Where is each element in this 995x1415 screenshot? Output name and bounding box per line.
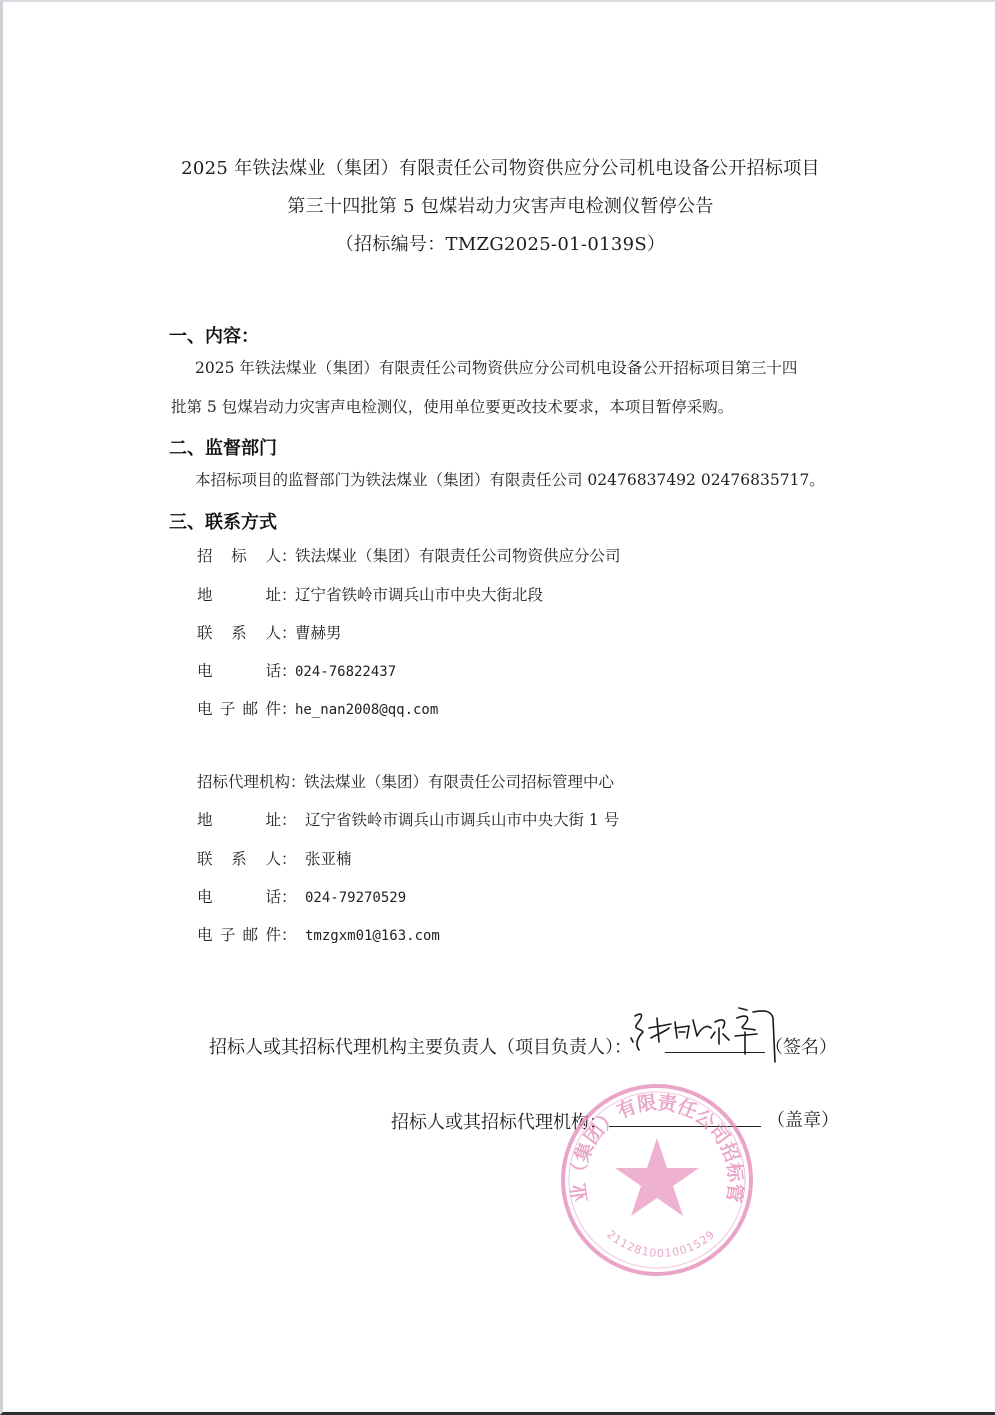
contact-label: 地 址 bbox=[197, 583, 281, 605]
colon: ： bbox=[281, 583, 295, 605]
content-paragraph-line-1: 2025 年铁法煤业（集团）有限责任公司物资供应分公司机电设备公开招标项目第三十… bbox=[195, 356, 797, 378]
agency-email: tmzgxm01@163.com bbox=[305, 928, 440, 944]
colon: ： bbox=[281, 621, 295, 643]
colon: ： bbox=[290, 770, 304, 792]
agency-address: 辽宁省铁岭市调兵山市调兵山市中央大街 1 号 bbox=[305, 808, 619, 830]
tenderer-address: 辽宁省铁岭市调兵山市中央大街北段 bbox=[295, 583, 543, 605]
svg-text:211281001001529: 211281001001529 bbox=[604, 1228, 717, 1260]
tender-number: （招标编号：TMZG2025-01-0139S） bbox=[3, 230, 995, 256]
section-heading-content: 一、内容： bbox=[169, 322, 259, 348]
colon: ： bbox=[281, 923, 305, 945]
agency-phone-row: 电 话：024-79270529 bbox=[197, 885, 406, 907]
contact-label: 地 址 bbox=[197, 808, 281, 830]
contact-label: 电子邮件 bbox=[197, 923, 281, 945]
agency-contact-person: 张亚楠 bbox=[305, 847, 352, 869]
contact-label: 联 系 人 bbox=[197, 621, 281, 643]
agency-email-row: 电子邮件：tmzgxm01@163.com bbox=[197, 923, 440, 945]
colon: ： bbox=[281, 808, 305, 830]
tenderer-row: 招 标 人：铁法煤业（集团）有限责任公司物资供应分公司 bbox=[197, 544, 621, 566]
official-seal-icon: 铁法煤业（集团）有限责任公司招标管理中心 211281001001529 bbox=[559, 1082, 755, 1278]
tenderer-contact-person-row: 联 系 人：曹赫男 bbox=[197, 621, 342, 643]
tenderer-contact-person: 曹赫男 bbox=[295, 621, 342, 643]
tenderer-name: 铁法煤业（集团）有限责任公司物资供应分公司 bbox=[295, 544, 621, 566]
contact-label: 电 话 bbox=[197, 885, 281, 907]
title-line-1: 2025 年铁法煤业（集团）有限责任公司物资供应分公司机电设备公开招标项目 bbox=[3, 154, 995, 180]
colon: ： bbox=[281, 544, 295, 566]
responsible-person-label: 招标人或其招标代理机构主要负责人（项目负责人）： bbox=[209, 1033, 632, 1059]
contact-label: 电 话 bbox=[197, 659, 281, 681]
tenderer-phone-row: 电 话：024-76822437 bbox=[197, 659, 396, 681]
contact-label: 招 标 人 bbox=[197, 544, 281, 566]
agency-row: 招标代理机构：铁法煤业（集团）有限责任公司招标管理中心 bbox=[197, 770, 614, 792]
tenderer-email-row: 电子邮件：he_nan2008@qq.com bbox=[197, 697, 438, 719]
section-heading-supervision: 二、监督部门 bbox=[169, 434, 277, 460]
agency-phone: 024-79270529 bbox=[305, 890, 406, 906]
scanned-page: 2025 年铁法煤业（集团）有限责任公司物资供应分公司机电设备公开招标项目 第三… bbox=[0, 0, 995, 1415]
colon: ： bbox=[281, 885, 305, 907]
colon: ： bbox=[281, 847, 305, 869]
stamp-suffix: （盖章） bbox=[767, 1106, 839, 1132]
section-heading-contact: 三、联系方式 bbox=[169, 508, 277, 534]
agency-name: 铁法煤业（集团）有限责任公司招标管理中心 bbox=[304, 770, 614, 792]
tenderer-email: he_nan2008@qq.com bbox=[295, 702, 438, 718]
contact-label: 电子邮件 bbox=[197, 697, 281, 719]
handwritten-signature-icon bbox=[627, 998, 787, 1066]
colon: ： bbox=[281, 659, 295, 681]
content-paragraph-line-2: 批第 5 包煤岩动力灾害声电检测仪，使用单位要更改技术要求，本项目暂停采购。 bbox=[171, 395, 733, 417]
seal-number: 211281001001529 bbox=[604, 1228, 717, 1260]
contact-label: 联 系 人 bbox=[197, 847, 281, 869]
tenderer-phone: 024-76822437 bbox=[295, 664, 396, 680]
colon: ： bbox=[281, 697, 295, 719]
title-line-2: 第三十四批第 5 包煤岩动力灾害声电检测仪暂停公告 bbox=[3, 192, 995, 218]
contact-label: 招标代理机构 bbox=[197, 773, 290, 791]
agency-contact-person-row: 联 系 人：张亚楠 bbox=[197, 847, 352, 869]
tenderer-address-row: 地 址：辽宁省铁岭市调兵山市中央大街北段 bbox=[197, 583, 543, 605]
supervision-paragraph: 本招标项目的监督部门为铁法煤业（集团）有限责任公司 02476837492 02… bbox=[195, 468, 825, 490]
agency-address-row: 地 址：辽宁省铁岭市调兵山市调兵山市中央大街 1 号 bbox=[197, 808, 619, 830]
